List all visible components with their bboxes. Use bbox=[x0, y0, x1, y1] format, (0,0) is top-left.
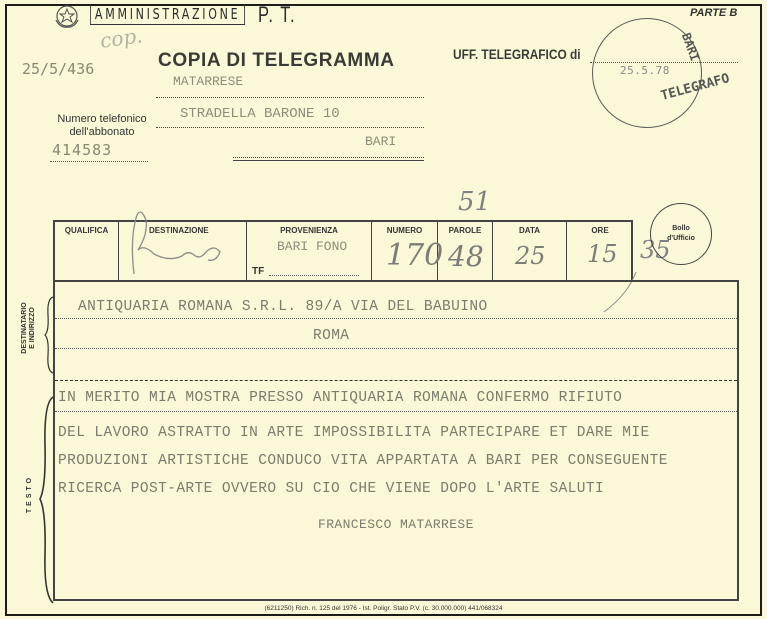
footer-imprint: (6211250) Rich. n. 125 del 1976 - Ist. P… bbox=[0, 605, 767, 612]
phone-label: Numero telefonico dell'abbonato bbox=[42, 113, 162, 139]
recipient-line-2: ROMA bbox=[313, 328, 349, 344]
sender-line bbox=[156, 97, 424, 98]
cell-provenienza: PROVENIENZA BARI FONO TF bbox=[247, 222, 372, 282]
service-table: QUALIFICA DESTINAZIONE PROVENIENZA BARI … bbox=[53, 220, 633, 282]
handwritten-destination bbox=[124, 210, 234, 278]
recipient-rule bbox=[55, 318, 737, 319]
part-label: PARTE B bbox=[690, 7, 737, 19]
cell-destinazione: DESTINAZIONE bbox=[119, 222, 247, 282]
body-side-label: TESTO bbox=[26, 474, 34, 514]
reference-number: 25/5/436 bbox=[22, 60, 94, 78]
recipient-line-1: ANTIQUARIA ROMANA S.R.L. 89/A VIA DEL BA… bbox=[78, 299, 488, 315]
sender-line bbox=[233, 157, 424, 158]
sender-name: MATARRESE bbox=[173, 74, 243, 89]
cell-qualifica: QUALIFICA bbox=[55, 222, 119, 282]
cell-data: DATA 25 bbox=[493, 222, 567, 282]
body-line-1: IN MERITO MIA MOSTRA PRESSO ANTIQUARIA R… bbox=[58, 390, 622, 406]
signature: FRANCESCO MATARRESE bbox=[318, 517, 474, 532]
phone-line bbox=[50, 161, 148, 162]
recipient-side-label: DESTINATARIO E INDIRIZZO bbox=[21, 293, 37, 363]
sender-line bbox=[156, 127, 424, 128]
body-rule bbox=[55, 411, 737, 412]
office-label: UFF. TELEGRAFICO di bbox=[453, 46, 581, 62]
phone-value: 414583 bbox=[52, 141, 112, 159]
page-title: COPIA DI TELEGRAMMA bbox=[158, 50, 395, 72]
sender-city: BARI bbox=[365, 134, 396, 149]
cell-numero: NUMERO 170 bbox=[372, 222, 438, 282]
sender-line-solid bbox=[233, 160, 424, 161]
administration-label: AMMINISTRAZIONE bbox=[90, 5, 245, 25]
tf-line bbox=[269, 275, 359, 276]
administration-suffix: P. T. bbox=[258, 2, 296, 28]
recipient-rule bbox=[55, 348, 737, 349]
cell-parole: PAROLE 48 bbox=[438, 222, 493, 282]
section-divider bbox=[55, 380, 737, 381]
handwritten-word-count: 51 bbox=[458, 187, 491, 217]
body-brace-icon bbox=[38, 395, 54, 605]
body-line-2: DEL LAVORO ASTRATTO IN ARTE IMPOSSIBILIT… bbox=[58, 425, 650, 441]
sender-street: STRADELLA BARONE 10 bbox=[180, 106, 340, 122]
telegram-form: AMMINISTRAZIONE P. T. PARTE B cop. 25/5/… bbox=[0, 0, 767, 619]
recipient-brace-icon bbox=[44, 295, 54, 375]
body-line-3: PRODUZIONI ARTISTICHE CONDUCO VITA APPAR… bbox=[58, 453, 668, 469]
republic-emblem-icon bbox=[52, 4, 82, 29]
office-stamp-circle: Bollo d'Ufficio bbox=[650, 203, 712, 265]
postmark-date: 25.5.78 bbox=[620, 64, 670, 77]
body-line-4: RICERCA POST-ARTE OVVERO SU CIO CHE VIEN… bbox=[58, 481, 604, 497]
